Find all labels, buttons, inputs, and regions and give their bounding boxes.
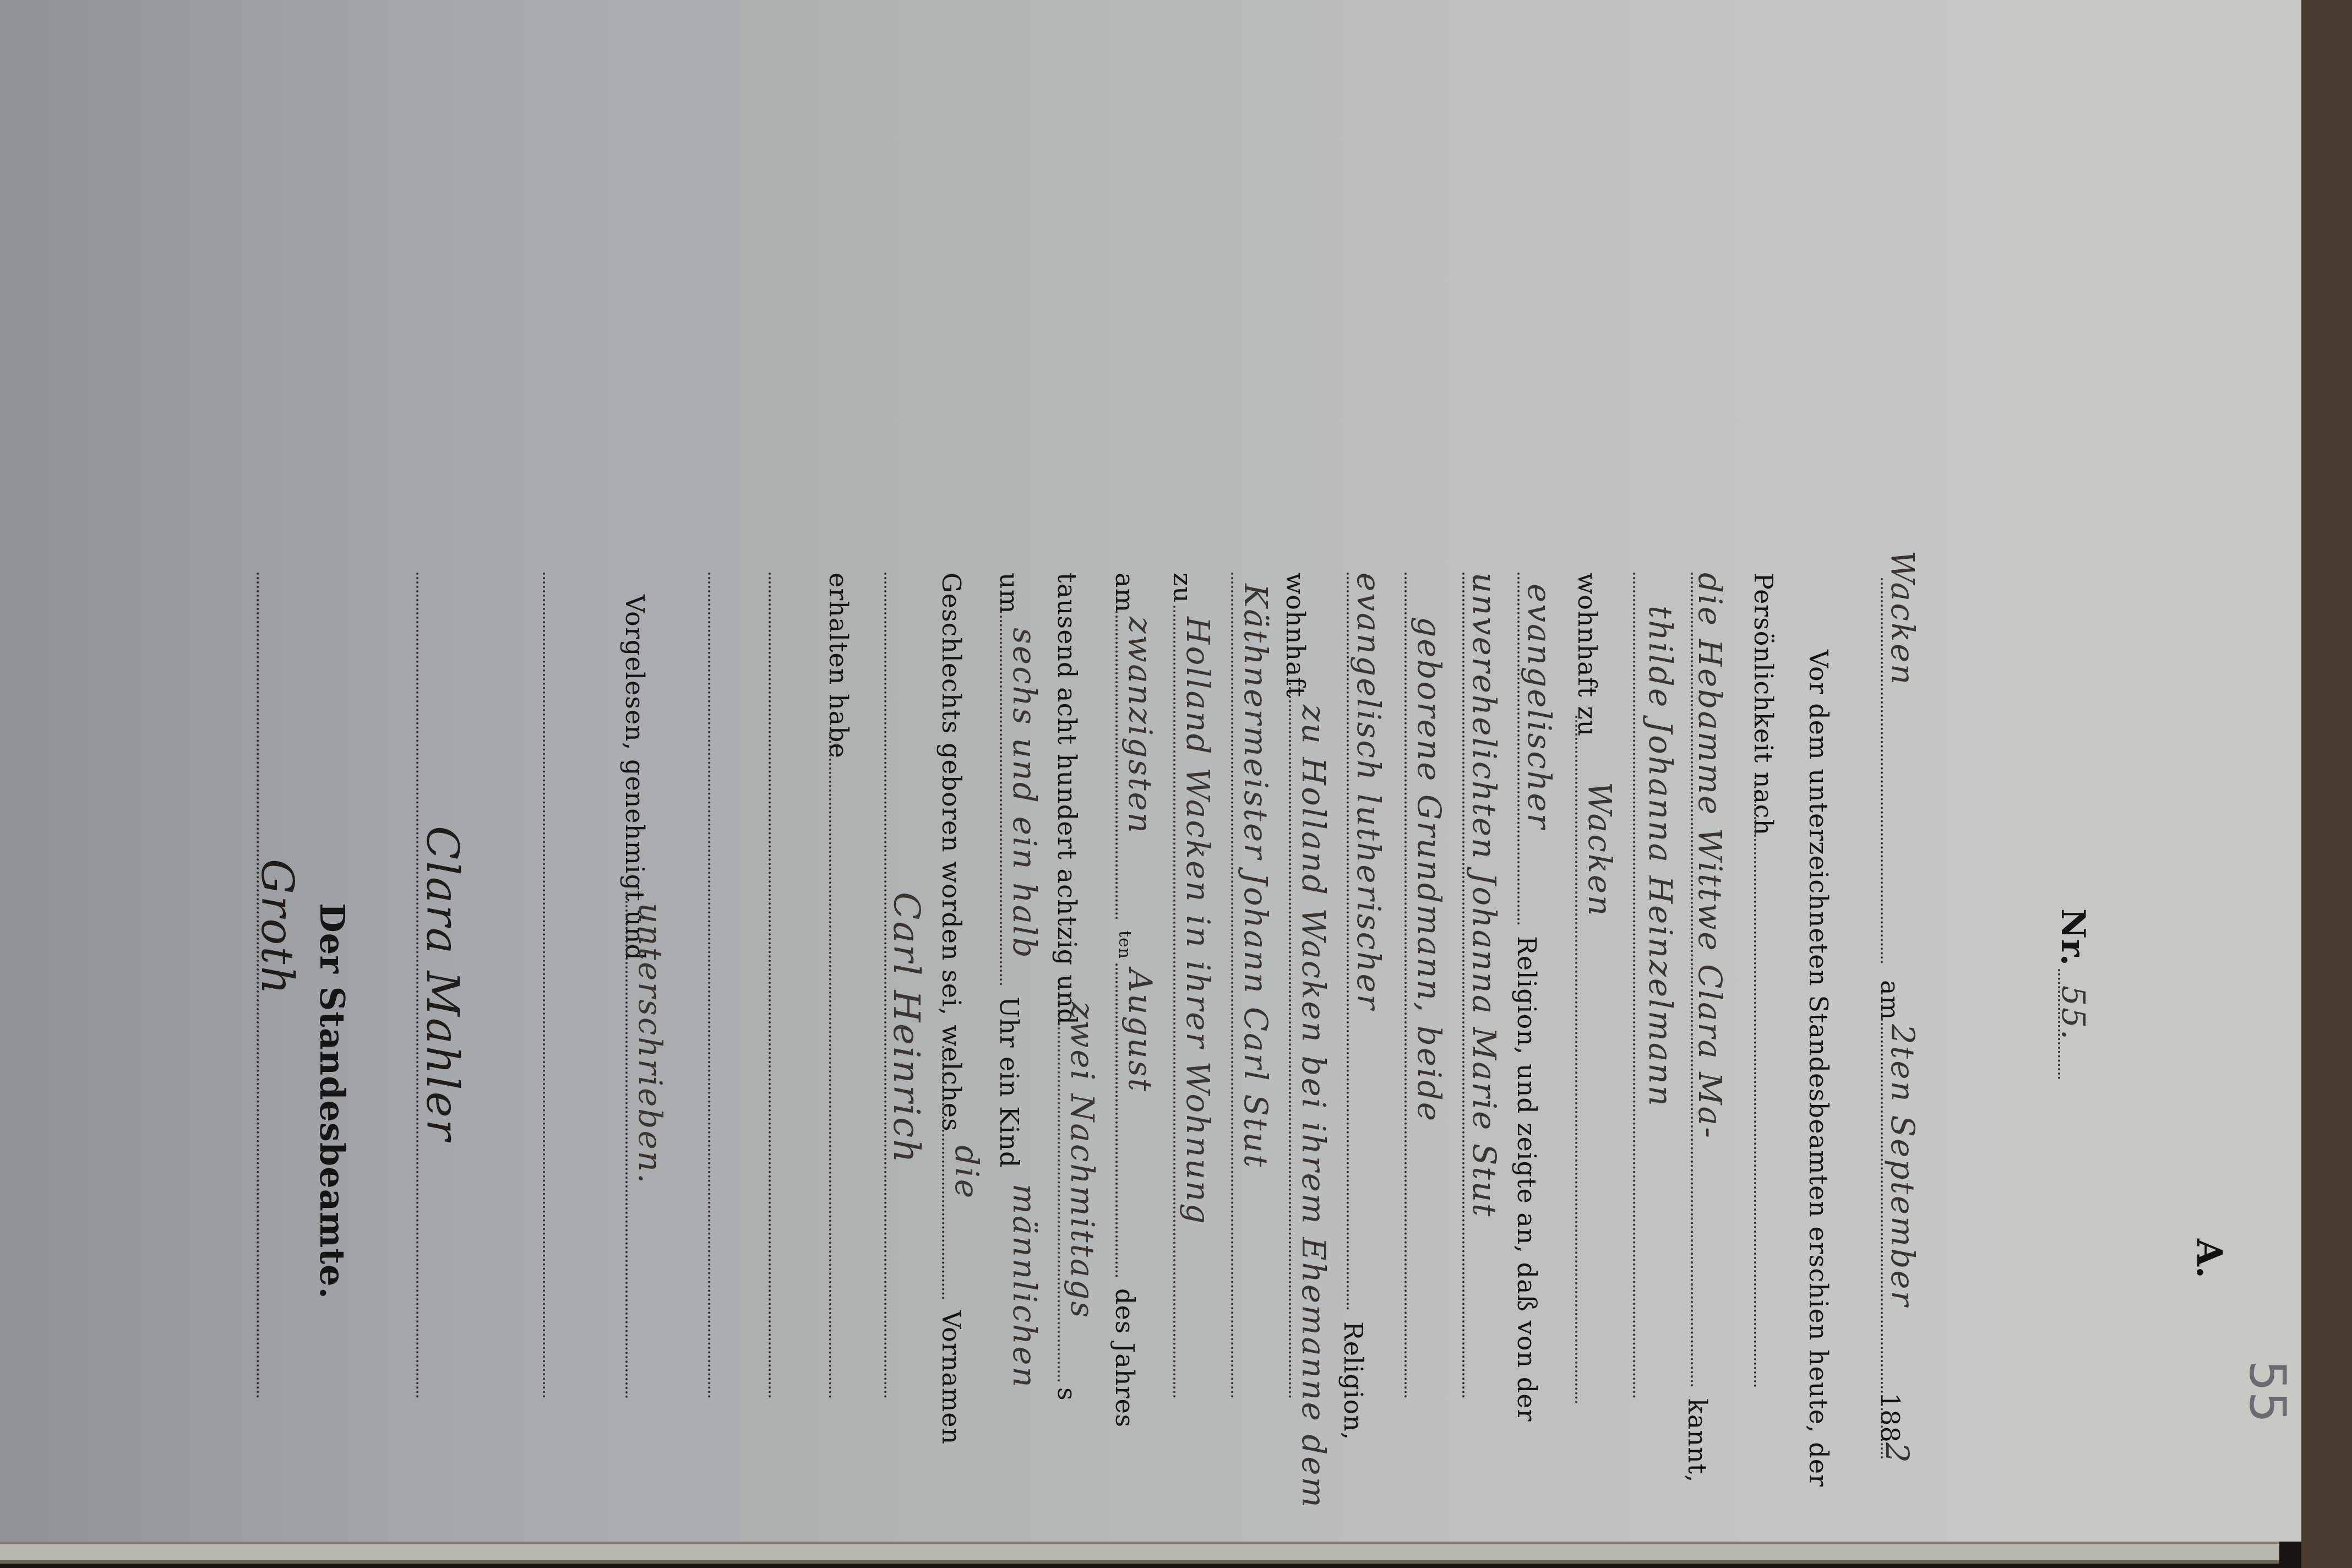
label-um: um (994, 573, 1024, 614)
official-title: Der Standesbeamte. (312, 903, 352, 1299)
birth-day: zwanzigsten (1121, 617, 1159, 835)
label-erhalten-habe: erhalten habe (824, 573, 853, 759)
label-religion: Religion, (1338, 1321, 1368, 1440)
informant-line-1 (1691, 573, 1693, 1387)
label-geschlechts: Geschlechts geboren worden sei, welches (937, 573, 966, 1132)
label-zu: zu (1168, 573, 1197, 603)
mother-religion: evangelisch lutherischer (1350, 573, 1387, 1011)
year-prefix: 188 (1875, 1393, 1905, 1443)
birth-place-line (1173, 606, 1175, 1398)
birth-hour: sechs und ein halb (1006, 628, 1043, 960)
label-s: s (1052, 1387, 1082, 1401)
mother-name-1: unverehelichten Johanna Marie Stut (1466, 573, 1503, 1218)
birth-hour-line (1000, 611, 1002, 986)
label-persoenlichkeit: Persönlichkeit nach (1749, 573, 1778, 836)
vornamen-art-line (942, 1046, 944, 1299)
page-edge (0, 1542, 2279, 1564)
mother-line-2 (1404, 573, 1407, 1398)
informant-residence: Wacken (1581, 782, 1619, 917)
signature-line-informant (416, 573, 418, 1398)
birth-year-time: zwei Nachmittags (1064, 1002, 1101, 1319)
year-suffix: 2 (1879, 1442, 1916, 1464)
place-field: Wacken (1884, 551, 1921, 686)
label-year-prefix: tausend acht hundert achtzig und (1052, 573, 1082, 1025)
label-vornamen: Vornamen (937, 1310, 966, 1445)
entry-label: Nr. (2054, 908, 2092, 966)
child-given-names: Carl Heinrich (885, 892, 928, 1164)
label-des-jahres: des Jahres (1110, 1288, 1140, 1428)
informant-name-1: die Hebamme Wittwe Clara Ma- (1691, 573, 1729, 1140)
child-names-line (884, 573, 886, 1398)
signature-line-top (543, 573, 545, 1398)
child-sex: männlichen (1006, 1184, 1043, 1389)
mother-residence: zu Holland Wacken bei ihrem Ehemanne dem (1295, 705, 1332, 1509)
extra-line-1 (829, 732, 831, 1398)
extra-line-2 (769, 573, 771, 1398)
label-wohnhaft-zu: wohnhaft zu (1572, 573, 1602, 737)
corner-letter: A. (2188, 1239, 2230, 1278)
entry-number: 55. (2055, 986, 2092, 1041)
rotated-form: A. 55 Nr. 55. Wacken am 2ten September 1… (88, 0, 2235, 1542)
mother-line-1 (1462, 573, 1464, 1398)
residence-line (1575, 716, 1577, 1404)
label-wohnhaft: wohnhaft (1281, 573, 1310, 698)
preamble-text: Vor dem unterzeichneten Standesbeamten e… (1804, 650, 1833, 1487)
official-signature: Groth (252, 859, 303, 996)
mother-religion-line (1347, 573, 1349, 1310)
book-spine (2301, 0, 2352, 1568)
label-am-2: am (1110, 573, 1140, 613)
label-ten: ten (1115, 930, 1134, 959)
birth-month-line (1115, 963, 1118, 1277)
mother-name-2: geborene Grundmann, beide (1411, 617, 1448, 1123)
article-die: die (948, 1145, 986, 1200)
approval-field: unterschrieben. (631, 903, 669, 1185)
informant-religion: evangelischer (1521, 584, 1558, 830)
father-name: Käthnermeister Johann Carl Stut (1237, 584, 1275, 1169)
birth-month: August (1121, 969, 1159, 1093)
mother-residence-line (1289, 683, 1291, 1398)
birth-place: Holland Wacken in ihrer Wohnung (1179, 617, 1217, 1226)
approval-line (625, 892, 628, 1398)
birth-day-line (1115, 611, 1118, 919)
informant-signature: Clara Mahler (417, 826, 468, 1142)
extra-line-3 (708, 573, 710, 1398)
signature-line-official (257, 573, 259, 1398)
pencil-page-number: 55 (2238, 1360, 2296, 1423)
religion-line (1517, 573, 1520, 925)
identity-line (1754, 782, 1756, 1387)
label-kannt: kannt, (1683, 1398, 1712, 1483)
informant-line-2 (1633, 573, 1635, 1398)
label-uhr-kind: Uhr ein Kind (994, 997, 1024, 1168)
label-religion-zeigte: Religion, und zeigte an, daß von der (1512, 936, 1542, 1422)
label-am: am (1875, 980, 1905, 1020)
birth-year-line (1058, 997, 1060, 1382)
informant-name-2: thilde Johanna Heinzelmann (1642, 606, 1679, 1108)
place-line (1881, 578, 1883, 963)
father-line (1231, 573, 1233, 1398)
date-field: 2ten September (1884, 1024, 1921, 1308)
